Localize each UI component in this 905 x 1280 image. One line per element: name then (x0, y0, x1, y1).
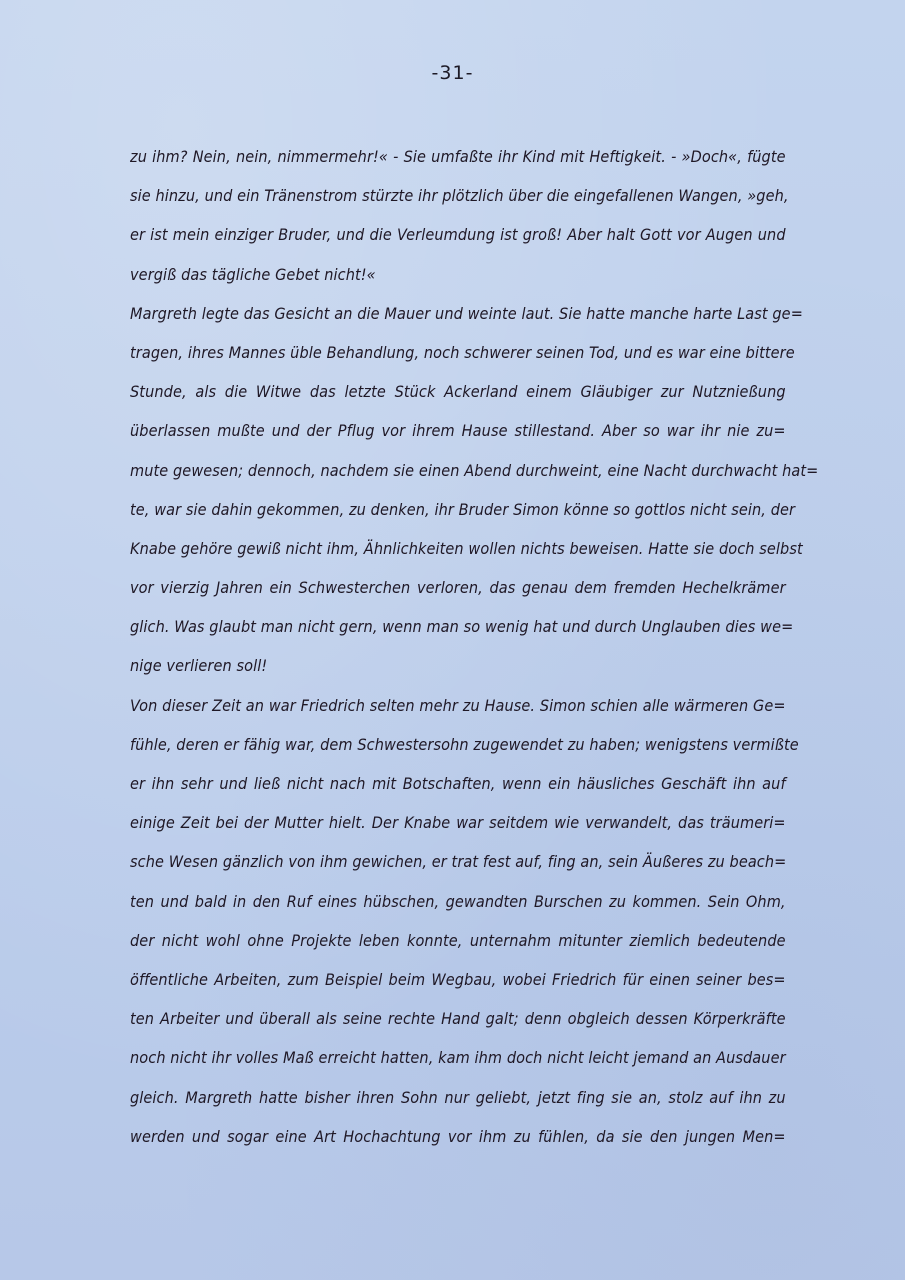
text-line: er ihn sehr und ließ nicht nach mit Bots… (130, 765, 786, 804)
text-line: Knabe gehöre gewiß nicht ihm, Ähnlichkei… (130, 530, 786, 569)
text-line: Von dieser Zeit an war Friedrich selten … (130, 687, 786, 726)
text-line: vergiß das tägliche Gebet nicht!« (130, 256, 744, 295)
text-line: ten und bald in den Ruf eines hübschen, … (130, 883, 786, 922)
text-line: sie hinzu, und ein Tränenstrom stürzte i… (130, 177, 786, 216)
text-line: glich. Was glaubt man nicht gern, wenn m… (130, 608, 786, 647)
text-line: einige Zeit bei der Mutter hielt. Der Kn… (130, 804, 786, 843)
text-line: noch nicht ihr volles Maß erreicht hatte… (130, 1039, 786, 1078)
text-line: vor vierzig Jahren ein Schwesterchen ver… (130, 569, 786, 608)
handwritten-page: -31- zu ihm? Nein, nein, nimmermehr!« - … (0, 0, 905, 1280)
text-line: fühle, deren er fähig war, dem Schwester… (130, 726, 786, 765)
text-line: te, war sie dahin gekommen, zu denken, i… (130, 491, 786, 530)
text-line: werden und sogar eine Art Hochachtung vo… (130, 1118, 786, 1157)
text-line: Margreth legte das Gesicht an die Mauer … (130, 295, 786, 334)
text-line: ten Arbeiter und überall als seine recht… (130, 1000, 786, 1039)
text-line: er ist mein einziger Bruder, und die Ver… (130, 216, 786, 255)
text-line: überlassen mußte und der Pflug vor ihrem… (130, 412, 786, 451)
text-line: öffentliche Arbeiten, zum Beispiel beim … (130, 961, 786, 1000)
text-line: zu ihm? Nein, nein, nimmermehr!« - Sie u… (130, 138, 786, 177)
text-line: gleich. Margreth hatte bisher ihren Sohn… (130, 1079, 786, 1118)
text-line: nige verlieren soll! (130, 647, 744, 686)
manuscript-text: zu ihm? Nein, nein, nimmermehr!« - Sie u… (130, 138, 790, 1157)
text-line: sche Wesen gänzlich von ihm gewichen, er… (130, 843, 786, 882)
text-line: tragen, ihres Mannes üble Behandlung, no… (130, 334, 786, 373)
text-line: der nicht wohl ohne Projekte leben konnt… (130, 922, 786, 961)
text-line: mute gewesen; dennoch, nachdem sie einen… (130, 452, 786, 491)
text-line: Stunde, als die Witwe das letzte Stück A… (130, 373, 786, 412)
page-number: -31- (0, 62, 905, 84)
